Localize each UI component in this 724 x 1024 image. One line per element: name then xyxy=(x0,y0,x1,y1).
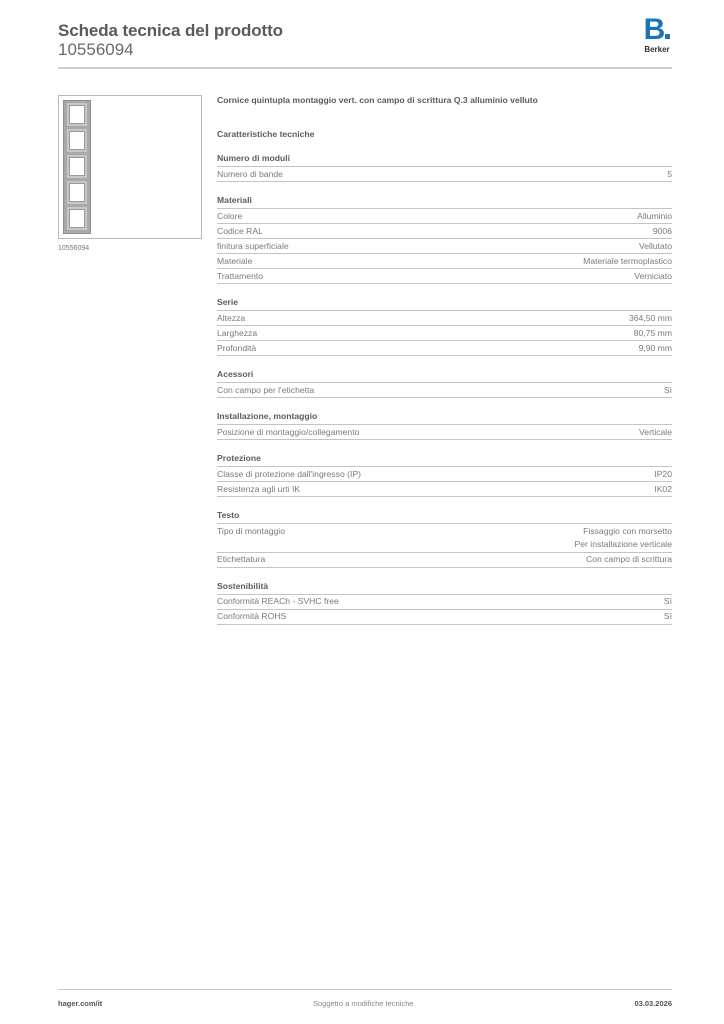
page-header: Scheda tecnica del prodotto 10556094 xyxy=(58,21,672,71)
spec-label: Resistenza agli urti IK xyxy=(217,483,654,497)
spec-row: Codice RAL9006 xyxy=(217,224,672,239)
spec-label: Colore xyxy=(217,210,637,224)
spec-row: Classe di protezione dall'ingresso (IP)I… xyxy=(217,467,672,482)
logo-mark-icon: B xyxy=(640,16,674,44)
spec-value: Fissaggio con morsetto Per installazione… xyxy=(575,525,672,552)
spec-value: Sì xyxy=(664,595,672,609)
spec-label: Classe di protezione dall'ingresso (IP) xyxy=(217,468,654,482)
spec-row: Profondità9,90 mm xyxy=(217,341,672,356)
frame-slot xyxy=(67,181,87,204)
spec-value: Sì xyxy=(664,384,672,398)
spec-label: Altezza xyxy=(217,312,629,326)
spec-value: 5 xyxy=(667,168,672,182)
spec-row: Conformità ROHSSì xyxy=(217,610,672,625)
spec-group: Numero di moduliNumero di bande5 xyxy=(217,153,672,182)
spec-row: Altezza364,50 mm xyxy=(217,311,672,326)
spec-label: Conformità ROHS xyxy=(217,610,664,624)
frame-slot xyxy=(67,207,87,230)
logo-brand-name: Berker xyxy=(640,45,674,54)
spec-value: Materiale termoplastico xyxy=(583,255,672,269)
footer-website-link[interactable]: hager.com/it xyxy=(58,999,102,1008)
spec-row: EtichettaturaCon campo di scrittura xyxy=(217,553,672,568)
section-heading: Caratteristiche tecniche xyxy=(217,128,672,140)
spec-value: IK02 xyxy=(654,483,672,497)
spec-value: 364,50 mm xyxy=(629,312,672,326)
spec-row: Numero di bande5 xyxy=(217,167,672,182)
frame-slot xyxy=(67,103,87,126)
berker-logo: B Berker xyxy=(640,16,674,56)
logo-letter: B xyxy=(644,13,665,46)
spec-group-title: Protezione xyxy=(217,453,672,467)
spec-value: IP20 xyxy=(654,468,672,482)
frame-slot xyxy=(67,155,87,178)
spec-group-title: Testo xyxy=(217,510,672,524)
spec-group-title: Materiali xyxy=(217,195,672,209)
product-description: Cornice quintupla montaggio vert. con ca… xyxy=(217,94,672,106)
spec-row: finitura superficialeVellutato xyxy=(217,239,672,254)
spec-row: Conformità REACh - SVHC freeSì xyxy=(217,595,672,610)
footer-note: Soggetto a modifiche tecniche xyxy=(313,999,413,1008)
frame-slot xyxy=(67,129,87,152)
spec-label: Tipo di montaggio xyxy=(217,525,575,539)
spec-label: Larghezza xyxy=(217,327,634,341)
spec-content: Cornice quintupla montaggio vert. con ca… xyxy=(217,94,672,625)
spec-group-title: Acessori xyxy=(217,369,672,383)
spec-label: finitura superficiale xyxy=(217,240,639,254)
spec-value: Verniciato xyxy=(634,270,672,284)
footer-date: 03.03.2026 xyxy=(634,999,672,1008)
footer-divider xyxy=(58,989,672,990)
spec-row: Con campo per l'etichettaSì xyxy=(217,383,672,398)
spec-group: TestoTipo di montaggioFissaggio con mors… xyxy=(217,510,672,568)
page-footer: hager.com/it Soggetto a modifiche tecnic… xyxy=(58,999,672,1011)
spec-group: SostenibilitàConformità REACh - SVHC fre… xyxy=(217,581,672,625)
spec-label: Materiale xyxy=(217,255,583,269)
image-caption: 10556094 xyxy=(58,245,89,252)
spec-group: Installazione, montaggioPosizione di mon… xyxy=(217,411,672,440)
product-number: 10556094 xyxy=(58,40,672,59)
spec-row: Resistenza agli urti IKIK02 xyxy=(217,482,672,497)
product-image xyxy=(58,95,202,239)
logo-dot xyxy=(665,34,670,39)
spec-label: Trattamento xyxy=(217,270,634,284)
spec-value: Con campo di scrittura xyxy=(586,553,672,567)
spec-value: Vellutato xyxy=(639,240,672,254)
spec-row: Posizione di montaggio/collegamentoVerti… xyxy=(217,425,672,440)
spec-row: Tipo di montaggioFissaggio con morsetto … xyxy=(217,524,672,553)
spec-label: Con campo per l'etichetta xyxy=(217,384,664,398)
spec-row: ColoreAlluminio xyxy=(217,209,672,224)
spec-label: Codice RAL xyxy=(217,225,653,239)
header-divider xyxy=(58,67,672,69)
spec-row: MaterialeMateriale termoplastico xyxy=(217,254,672,269)
spec-group-title: Serie xyxy=(217,297,672,311)
spec-label: Profondità xyxy=(217,342,639,356)
spec-group: AcessoriCon campo per l'etichettaSì xyxy=(217,369,672,398)
spec-row: TrattamentoVerniciato xyxy=(217,269,672,284)
spec-value: 9,90 mm xyxy=(639,342,672,356)
spec-label: Numero di bande xyxy=(217,168,667,182)
spec-value: Alluminio xyxy=(637,210,672,224)
spec-group: MaterialiColoreAlluminioCodice RAL9006fi… xyxy=(217,195,672,284)
spec-value: Sì xyxy=(664,610,672,624)
spec-groups: Numero di moduliNumero di bande5Material… xyxy=(217,153,672,625)
spec-group-title: Numero di moduli xyxy=(217,153,672,167)
spec-label: Etichettatura xyxy=(217,553,586,567)
spec-value: 9006 xyxy=(653,225,672,239)
spec-row: Larghezza80,75 mm xyxy=(217,326,672,341)
spec-value: 80,75 mm xyxy=(634,327,672,341)
spec-group-title: Installazione, montaggio xyxy=(217,411,672,425)
spec-group-title: Sostenibilità xyxy=(217,581,672,595)
spec-group: SerieAltezza364,50 mmLarghezza80,75 mmPr… xyxy=(217,297,672,356)
spec-label: Posizione di montaggio/collegamento xyxy=(217,426,639,440)
spec-label: Conformità REACh - SVHC free xyxy=(217,595,664,609)
spec-group: ProtezioneClasse di protezione dall'ingr… xyxy=(217,453,672,497)
frame-illustration-icon xyxy=(63,100,91,234)
spec-value: Verticale xyxy=(639,426,672,440)
document-title: Scheda tecnica del prodotto xyxy=(58,21,672,40)
